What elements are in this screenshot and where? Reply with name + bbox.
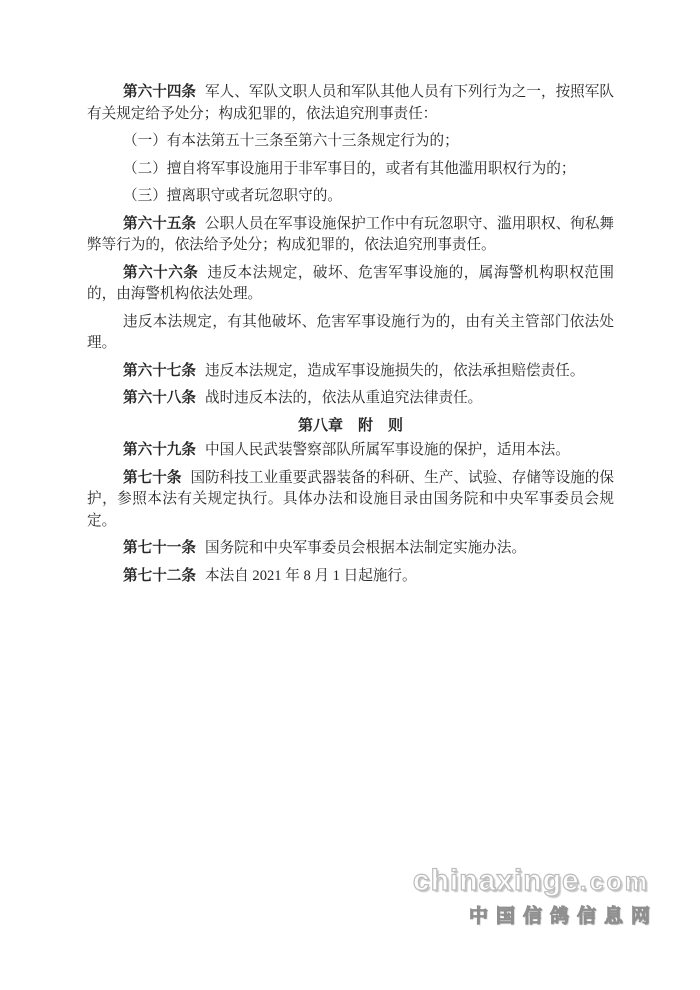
document-body: 第六十四条军人、军队文职人员和军队其他人员有下列行为之一，按照军队有关规定给予处…: [87, 82, 614, 593]
article-text: 违反本法规定，造成军事设施损失的，依法承担赔偿责任。: [205, 363, 584, 379]
article-number: 第七十一条: [123, 540, 196, 556]
item-text: （二）擅自将军事设施用于非军事目的，或者有其他滥用职权行为的；: [123, 161, 575, 177]
article-70-paragraph: 第七十条国防科技工业重要武器装备的科研、生产、试验、存储等设施的保护，参照本法有…: [87, 468, 614, 533]
article-71-paragraph: 第七十一条国务院和中央军事委员会根据本法制定实施办法。: [87, 538, 614, 560]
watermark-subtitle: 中国信鸽信息网: [413, 901, 658, 928]
article-68-paragraph: 第六十八条战时违反本法的，依法从重追究法律责任。: [87, 388, 614, 410]
item-text: （一）有本法第五十三条至第六十三条规定行为的；: [123, 133, 459, 149]
article-64-item-3: （三）擅离职守或者玩忽职守的。: [87, 186, 614, 208]
article-66-paragraph: 第六十六条违反本法规定，破坏、危害军事设施的，属海警机构职权范围的，由海警机构依…: [87, 263, 614, 306]
article-number: 第六十七条: [123, 363, 196, 379]
article-65-paragraph: 第六十五条公职人员在军事设施保护工作中有玩忽职守、滥用职权、徇私舞弊等行为的，依…: [87, 214, 614, 257]
article-number: 第六十六条: [123, 265, 198, 281]
document-page: 第六十四条军人、军队文职人员和军队其他人员有下列行为之一，按照军队有关规定给予处…: [0, 0, 700, 990]
watermark-brand-text: chinaxinge: [413, 864, 580, 897]
article-number: 第六十八条: [123, 390, 196, 406]
article-69-paragraph: 第六十九条中国人民武装警察部队所属军事设施的保护，适用本法。: [87, 440, 614, 462]
watermark-domain-suffix: .com: [580, 868, 650, 896]
article-72-paragraph: 第七十二条本法自 2021 年 8 月 1 日起施行。: [87, 566, 614, 588]
article-number: 第六十四条: [123, 84, 196, 100]
article-text: 国务院和中央军事委员会根据本法制定实施办法。: [205, 540, 526, 556]
article-text: 本法自 2021 年 8 月 1 日起施行。: [205, 568, 417, 584]
article-text: 战时违反本法的，依法从重追究法律责任。: [205, 390, 482, 406]
article-number: 第七十条: [123, 470, 181, 486]
article-64-item-2: （二）擅自将军事设施用于非军事目的，或者有其他滥用职权行为的；: [87, 159, 614, 181]
watermark-domain-line: chinaxinge.com: [413, 864, 650, 898]
paragraph-text: 违反本法规定，有其他破坏、危害军事设施行为的，由有关主管部门依法处理。: [87, 314, 614, 352]
article-number: 第七十二条: [123, 568, 196, 584]
chapter-8-heading: 第八章 附 则: [87, 416, 614, 438]
article-64-item-1: （一）有本法第五十三条至第六十三条规定行为的；: [87, 131, 614, 153]
item-text: （三）擅离职守或者玩忽职守的。: [123, 188, 342, 204]
article-64-paragraph: 第六十四条军人、军队文职人员和军队其他人员有下列行为之一，按照军队有关规定给予处…: [87, 82, 614, 125]
article-66-paragraph-2: 违反本法规定，有其他破坏、危害军事设施行为的，由有关主管部门依法处理。: [87, 312, 614, 355]
watermark-logo: chinaxinge.com 中国信鸽信息网: [413, 864, 650, 928]
article-number: 第六十五条: [123, 216, 196, 232]
article-67-paragraph: 第六十七条违反本法规定，造成军事设施损失的，依法承担赔偿责任。: [87, 361, 614, 383]
article-text: 中国人民武装警察部队所属军事设施的保护，适用本法。: [205, 442, 570, 458]
article-number: 第六十九条: [123, 442, 196, 458]
